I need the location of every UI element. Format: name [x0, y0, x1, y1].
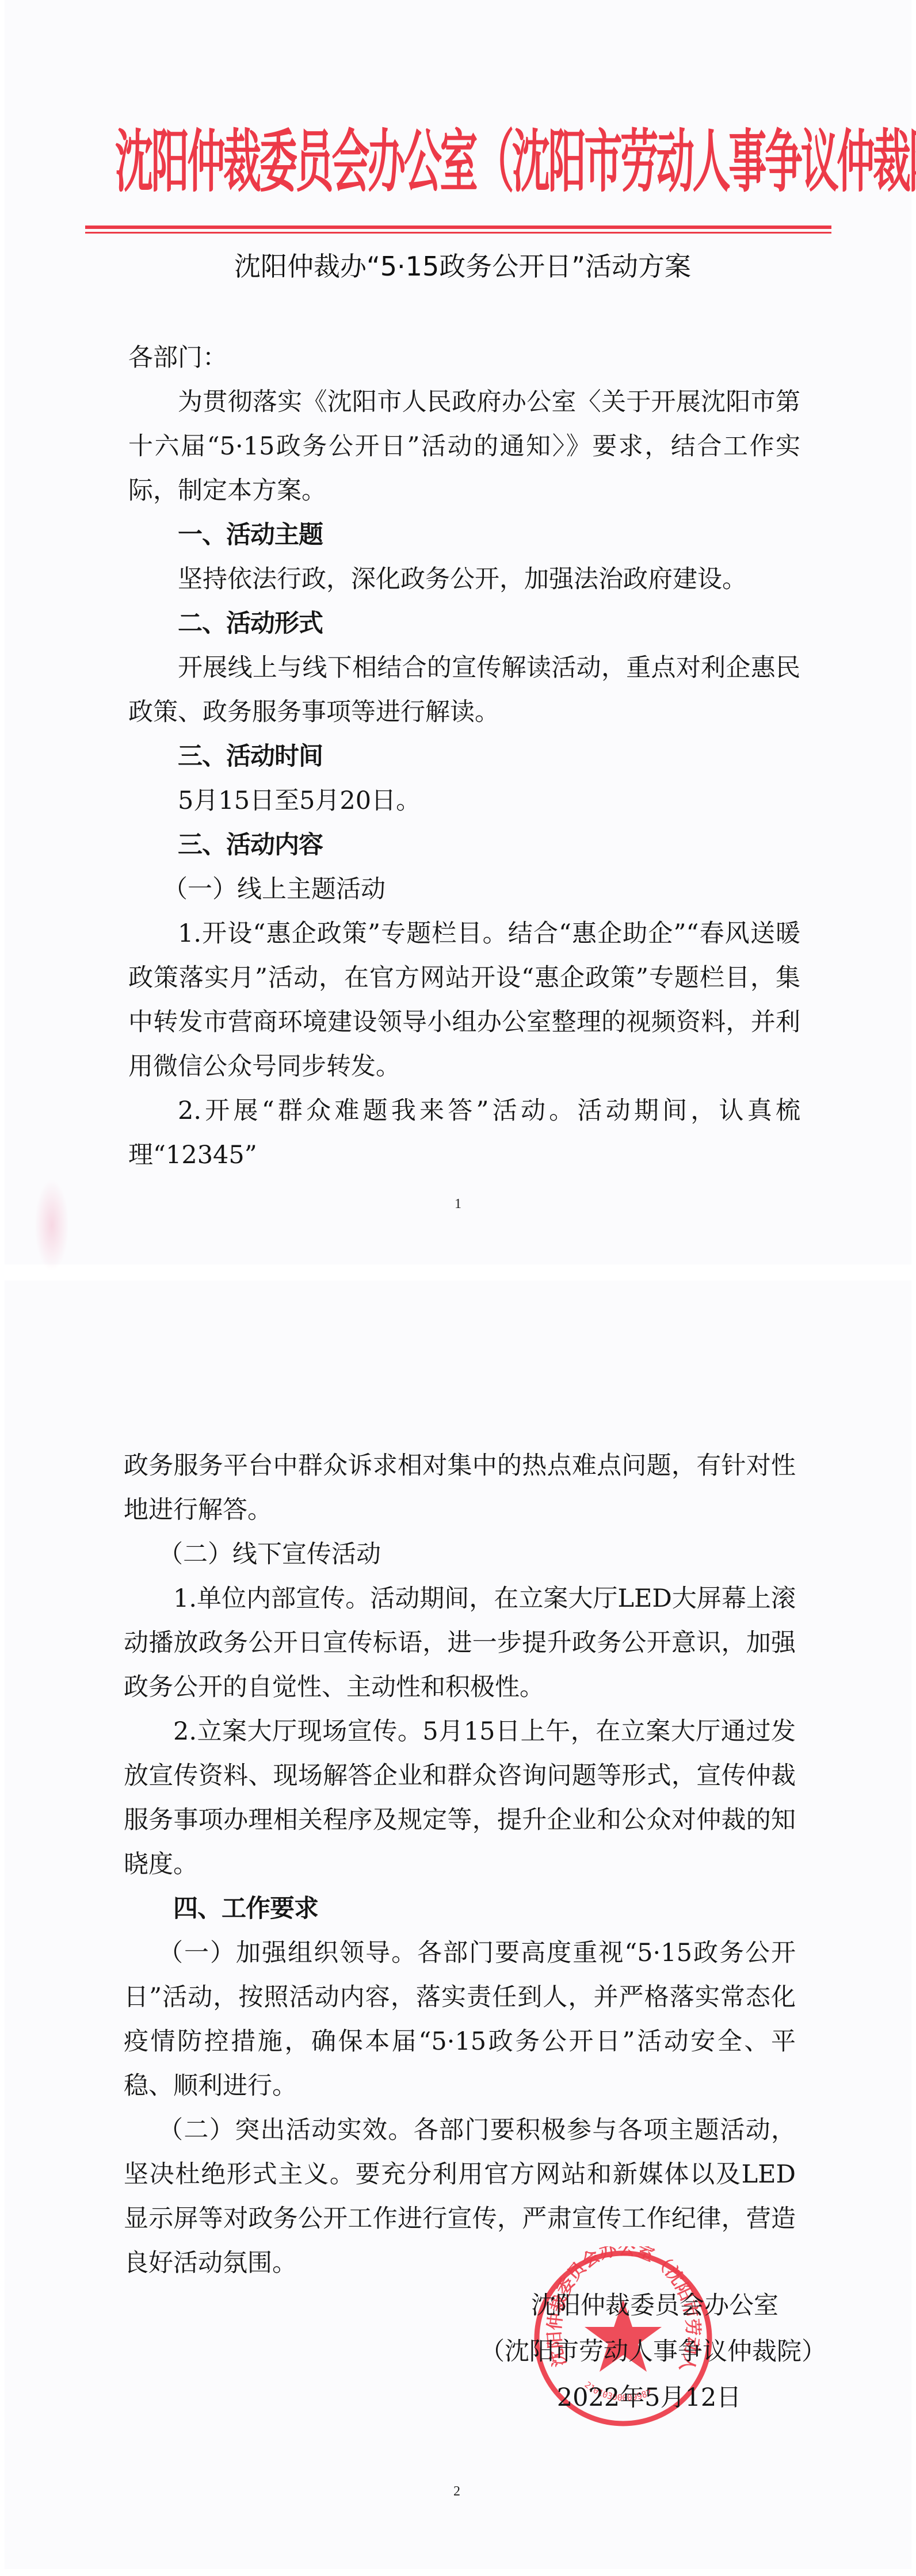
page-1: 沈阳仲裁委员会办公室（沈阳市劳动人事争议仲裁院） 沈阳仲裁办“5·15政务公开日…: [5, 0, 911, 1264]
section-text-form: 开展线上与线下相结合的宣传解读活动，重点对利企惠民政策、政务服务事项等进行解读。: [128, 646, 800, 735]
letterhead-rule-thin: [85, 232, 831, 234]
signature-org: 沈阳仲裁委员会办公室: [494, 2283, 816, 2329]
section-heading-form: 二、活动形式: [128, 602, 800, 646]
item-offline-1: 1.单位内部宣传。活动期间，在立案大厅LED大屏幕上滚动播放政务公开日宣传标语，…: [124, 1577, 796, 1710]
page-number: 1: [455, 1197, 461, 1212]
subsection-online: （一）线上主题活动: [128, 867, 800, 912]
section-heading-content: 三、活动内容: [128, 823, 800, 867]
section-heading-time: 三、活动时间: [128, 735, 800, 779]
section-heading-requirements: 四、工作要求: [124, 1887, 796, 1931]
subsection-offline: （二）线下宣传活动: [124, 1532, 796, 1577]
document-title: 沈阳仲裁办“5·15政务公开日”活动方案: [5, 249, 916, 284]
requirement-1: （一）加强组织领导。各部门要高度重视“5·15政务公开日”活动，按照活动内容，落…: [124, 1931, 796, 2108]
page-2-body: 政务服务平台中群众诉求相对集中的热点难点问题，有针对性地进行解答。 （二）线下宣…: [124, 1444, 796, 2285]
section-text-theme: 坚持依法行政，深化政务公开，加强法治政府建设。: [128, 557, 800, 602]
letterhead-rule-thick: [85, 226, 831, 229]
item-offline-2: 2.立案大厅现场宣传。5月15日上午，在立案大厅通过发放宣传资料、现场解答企业和…: [124, 1710, 796, 1887]
item-online-2-start: 2.开展“群众难题我来答”活动。活动期间，认真梳理“12345”: [128, 1089, 800, 1178]
page-number: 2: [453, 2484, 460, 2499]
item-online-1: 1.开设“惠企政策”专题栏目。结合“惠企助企”“春风送暖政策落实月”活动，在官方…: [128, 912, 800, 1089]
section-text-time: 5月15日至5月20日。: [128, 779, 800, 823]
section-heading-theme: 一、活动主题: [128, 513, 800, 557]
scan-smudge: [35, 1179, 69, 1271]
page-1-body: 各部门： 为贯彻落实《沈阳市人民政府办公室〈关于开展沈阳市第十六届“5·15政务…: [128, 336, 800, 1178]
signature-org-alt: （沈阳市劳动人事争议仲裁院）: [455, 2329, 852, 2375]
item-online-2-cont: 政务服务平台中群众诉求相对集中的热点难点问题，有针对性地进行解答。: [124, 1444, 796, 1532]
salutation: 各部门：: [128, 336, 800, 380]
org-letterhead-title: 沈阳仲裁委员会办公室（沈阳市劳动人事争议仲裁院）: [115, 122, 497, 202]
intro-paragraph: 为贯彻落实《沈阳市人民政府办公室〈关于开展沈阳市第十六届“5·15政务公开日”活…: [128, 380, 800, 513]
signature-date: 2022年5月12日: [494, 2375, 804, 2421]
